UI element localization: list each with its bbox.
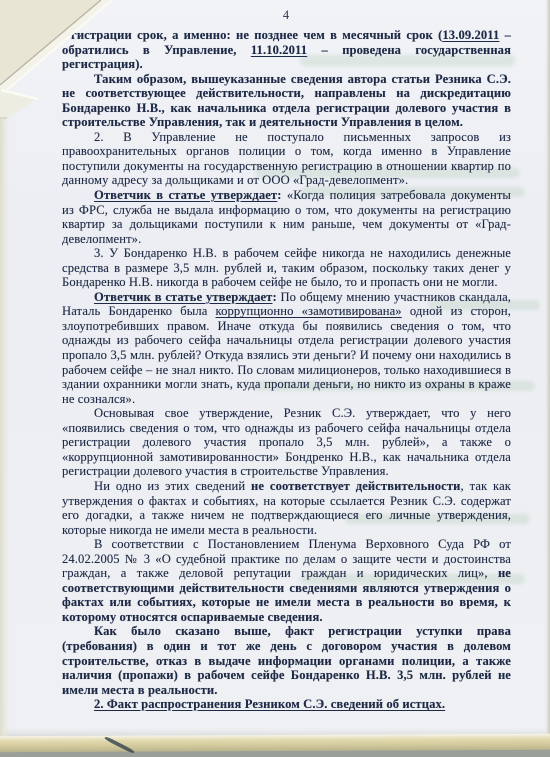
paragraph: 2. Факт распространения Резником С.Э. св… <box>62 697 511 712</box>
under-sheet-edge <box>0 734 550 752</box>
paragraph: 2. В Управление не поступало письменных … <box>62 130 511 188</box>
scanner-bed: { "page": { "number": "4", "paragraphs":… <box>0 0 550 757</box>
text-run: Ответчик в статье утверждает <box>94 188 277 202</box>
text-run: Ни одно из этих сведений <box>94 479 251 493</box>
paragraph: Ни одно из этих сведений не соответствуе… <box>62 479 511 537</box>
text-run: Таким образом, вышеуказанные сведения ав… <box>62 72 511 130</box>
paragraph: гистрации срок, а именно: не позднее чем… <box>62 28 511 72</box>
page-number: 4 <box>62 8 510 23</box>
text-run: 2. В Управление не поступало письменных … <box>62 130 511 188</box>
text-run: 11.10.2011 <box>251 43 307 57</box>
paragraph: Как было сказано выше, факт регистрации … <box>62 624 511 697</box>
text-run: 2. Факт распространения Резником С.Э. св… <box>94 697 445 711</box>
text-run: 3. У Бондаренко Н.В. в рабочем сейфе ник… <box>62 246 511 289</box>
paragraph: Ответчик в статье утверждает: По общему … <box>62 290 511 406</box>
folded-corner-icon <box>0 0 125 125</box>
left-page-edge <box>0 96 9 737</box>
text-run: Основывая свое утверждение, Резник С.Э. … <box>62 406 511 478</box>
paragraph: Таким образом, вышеуказанные сведения ав… <box>62 72 511 130</box>
right-page-edge <box>546 0 550 737</box>
document-body: гистрации срок, а именно: не позднее чем… <box>62 28 511 712</box>
text-run: не соответствует действительности <box>251 479 460 493</box>
text-run: Ответчик в статье утверждает <box>94 290 272 304</box>
paragraph: Ответчик в статье утверждает: «Когда пол… <box>62 188 511 246</box>
text-run: 13.09.2011 <box>442 28 499 42</box>
paragraph: Основывая свое утверждение, Резник С.Э. … <box>62 406 511 479</box>
text-run: В соответствии с Постановлением Пленума … <box>62 537 511 580</box>
text-run: одной из сторон, злоупотребивших правом.… <box>62 304 511 405</box>
paragraph: В соответствии с Постановлением Пленума … <box>62 537 511 624</box>
text-run: гистрации срок, а именно: не позднее чем… <box>71 28 442 42</box>
text-run: : <box>277 188 287 202</box>
text-run: коррупционно «замотивирована» <box>216 304 402 318</box>
text-run: Как было сказано выше, факт регистрации … <box>62 624 511 696</box>
paragraph: 3. У Бондаренко Н.В. в рабочем сейфе ник… <box>62 246 511 290</box>
